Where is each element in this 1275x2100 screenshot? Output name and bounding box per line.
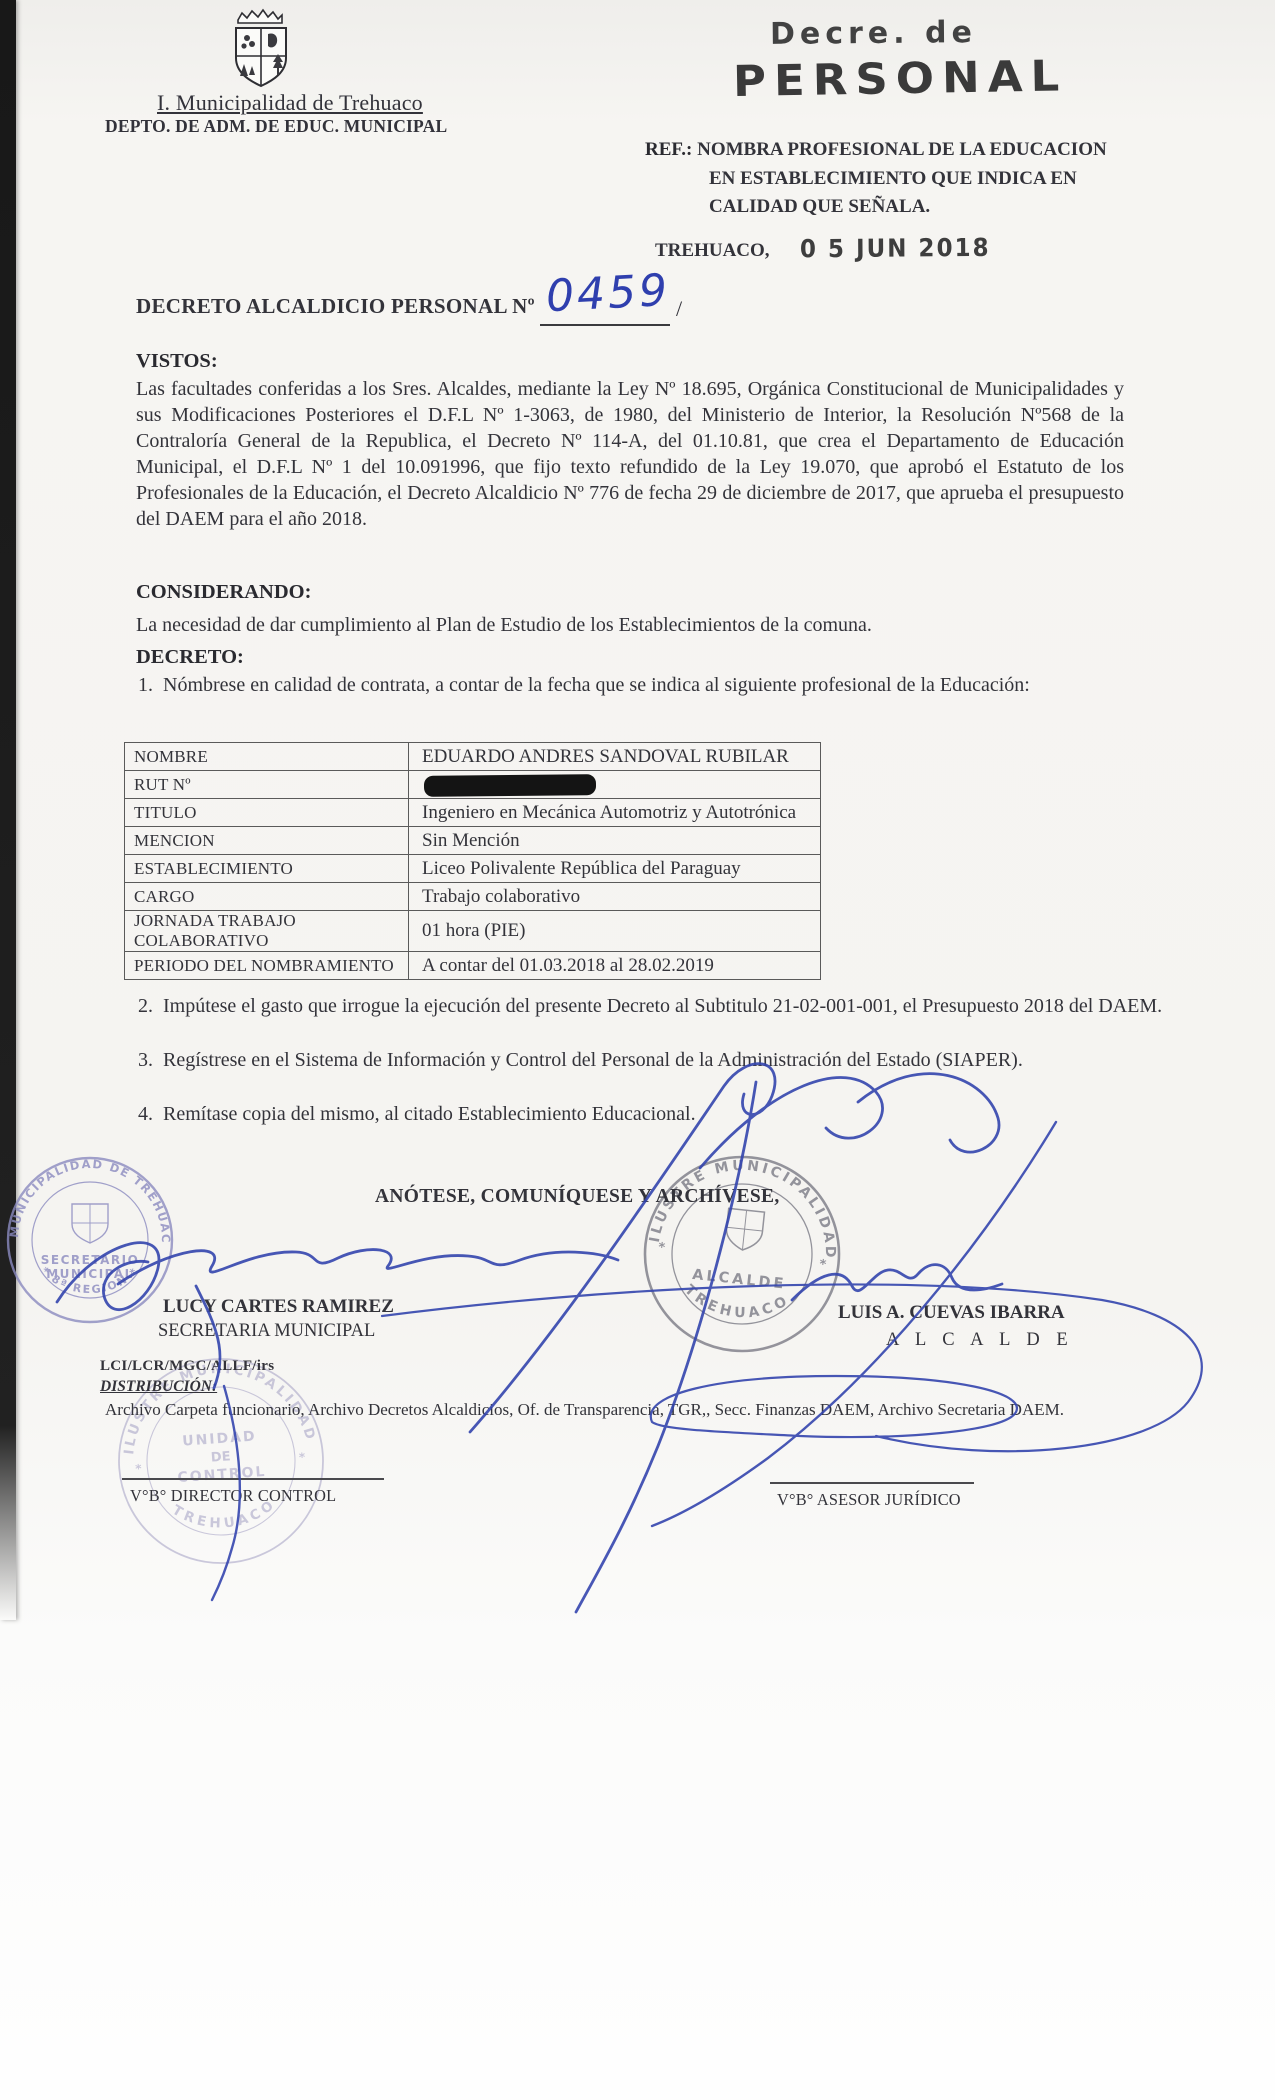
item-1-number: 1. — [138, 674, 153, 696]
mayor-name: LUIS A. CUEVAS IBARRA — [838, 1302, 1065, 1324]
row-label: MENCION — [125, 827, 409, 855]
secretaria-stamp-center1: SECRETARIO — [41, 1253, 140, 1267]
secretaria-stamp-center2: MUNICIPAL — [46, 1267, 134, 1281]
personal-stamp-line1: Decre. de — [770, 15, 977, 52]
decreto-title: DECRETO: — [136, 646, 244, 669]
alcalde-stamp-icon: ILUSTRE MUNICIPALIDAD TREHUACO ALCALDE *… — [626, 1138, 859, 1371]
handwritten-decree-number: 0459 — [545, 265, 671, 322]
table-row: TITULO Ingeniero en Mecánica Automotriz … — [125, 799, 821, 827]
item-4-number: 4. — [138, 1103, 153, 1125]
svg-text:*: * — [298, 1450, 306, 1464]
table-row: MENCION Sin Mención — [125, 827, 821, 855]
considerando-paragraph: La necesidad de dar cumplimiento al Plan… — [136, 612, 1146, 638]
row-value: Trabajo colaborativo — [409, 883, 821, 911]
decreto-item-2: 2. Impútese el gasto que irrogue la ejec… — [138, 993, 1172, 1019]
decreto-item-4: 4. Remítase copia del mismo, al citado E… — [138, 1101, 1172, 1127]
reference-block: REF.: NOMBRA PROFESIONAL DE LA EDUCACION… — [645, 136, 1145, 222]
item-4-text: Remítase copia del mismo, al citado Esta… — [163, 1103, 696, 1125]
row-label: CARGO — [125, 883, 409, 911]
ref-line1: NOMBRA PROFESIONAL DE LA EDUCACION — [697, 139, 1107, 160]
appointment-table: NOMBRE EDUARDO ANDRES SANDOVAL RUBILAR R… — [124, 742, 821, 980]
ref-label: REF.: — [645, 139, 692, 160]
vistos-title: VISTOS: — [136, 350, 218, 373]
row-label: PERIODO DEL NOMBRAMIENTO — [125, 952, 409, 980]
row-label: ESTABLECIMIENTO — [125, 855, 409, 883]
vb-director-label: V°B° DIRECTOR CONTROL — [130, 1486, 336, 1506]
svg-text:*: * — [135, 1462, 143, 1476]
table-row: JORNADA TRABAJO COLABORATIVO 01 hora (PI… — [125, 911, 821, 952]
item-3-text: Regístrese en el Sistema de Información … — [163, 1049, 1023, 1071]
scanner-edge-shadow — [0, 0, 16, 1620]
ref-line3: CALIDAD QUE SEÑALA. — [645, 193, 1145, 222]
vb-director-line — [122, 1478, 384, 1480]
svg-text:*: * — [657, 1240, 666, 1256]
row-value — [409, 771, 821, 799]
table-row: PERIODO DEL NOMBRAMIENTO A contar del 01… — [125, 952, 821, 980]
closing-formula: ANÓTESE, COMUNÍQUESE Y ARCHÍVESE, — [375, 1186, 780, 1208]
table-row: CARGO Trabajo colaborativo — [125, 883, 821, 911]
decreto-item-1: 1. Nómbrese en calidad de contrata, a co… — [138, 672, 1162, 698]
municipality-name: I. Municipalidad de Trehuaco — [157, 90, 423, 116]
alcalde-stamp-center: ALCALDE — [691, 1267, 787, 1293]
item-2-text: Impútese el gasto que irrogue la ejecuci… — [163, 995, 1162, 1017]
secretary-name: LUCY CARTES RAMIREZ — [163, 1296, 394, 1318]
table-row: NOMBRE EDUARDO ANDRES SANDOVAL RUBILAR — [125, 743, 821, 771]
date-stamp: 0 5 JUN 2018 — [800, 234, 991, 264]
row-label: JORNADA TRABAJO COLABORATIVO — [125, 911, 409, 952]
considerando-title: CONSIDERANDO: — [136, 581, 311, 604]
personal-stamp-line2: PERSONAL — [733, 50, 1068, 106]
control-stamp-center3: CONTROL — [177, 1464, 267, 1486]
drafting-initials: LCI/LCR/MGC/ALLF/irs — [100, 1358, 274, 1375]
item-2-number: 2. — [138, 995, 153, 1017]
secretaria-municipal-stamp-icon: I. MUNICIPALIDAD DE TREHUACO * 8ª REGION… — [2, 1152, 178, 1328]
control-stamp-center1: UNIDAD — [182, 1428, 257, 1449]
row-label: RUT Nº — [125, 771, 409, 799]
vb-asesor-label: V°B° ASESOR JURÍDICO — [777, 1490, 961, 1510]
row-value: Ingeniero en Mecánica Automotriz y Autot… — [409, 799, 821, 827]
row-label: TITULO — [125, 799, 409, 827]
table-row: ESTABLECIMIENTO Liceo Polivalente Repúbl… — [125, 855, 821, 883]
row-value: Liceo Polivalente República del Paraguay — [409, 855, 821, 883]
table-row: RUT Nº — [125, 771, 821, 799]
vistos-paragraph: Las facultades conferidas a los Sres. Al… — [136, 376, 1124, 532]
distribution-list: Archivo Carpeta funcionario, Archivo Dec… — [105, 1400, 1165, 1420]
distribution-label: DISTRIBUCIÓN: — [100, 1378, 217, 1396]
municipal-crest-icon — [216, 6, 306, 92]
city-label: TREHUACO, — [655, 240, 770, 262]
redaction-bar — [424, 774, 596, 797]
mayor-title: A L C A L D E — [886, 1330, 1074, 1351]
row-value: 01 hora (PIE) — [409, 911, 821, 952]
decree-number-underline — [540, 324, 670, 326]
row-value: Sin Mención — [409, 827, 821, 855]
department-name: DEPTO. DE ADM. DE EDUC. MUNICIPAL — [105, 116, 447, 137]
ref-line2: EN ESTABLECIMIENTO QUE INDICA EN — [645, 165, 1145, 194]
row-value: EDUARDO ANDRES SANDOVAL RUBILAR — [409, 743, 821, 771]
item-3-number: 3. — [138, 1049, 153, 1071]
item-1-text: Nómbrese en calidad de contrata, a conta… — [163, 674, 1030, 696]
decree-number-label: DECRETO ALCALDICIO PERSONAL Nº — [136, 294, 535, 319]
svg-text:*: * — [819, 1257, 828, 1273]
vb-asesor-line — [770, 1482, 974, 1484]
row-label: NOMBRE — [125, 743, 409, 771]
decreto-item-3: 3. Regístrese en el Sistema de Informaci… — [138, 1047, 1172, 1073]
secretary-title: SECRETARIA MUNICIPAL — [158, 1321, 375, 1342]
decree-number-slash: / — [676, 296, 682, 322]
scanned-decree-document: I. Municipalidad de Trehuaco DEPTO. DE A… — [0, 0, 1275, 2100]
control-stamp-center2: DE — [210, 1449, 231, 1465]
unidad-control-stamp-icon: ILUSTRE MUNICIPALIDAD TREHUACO UNIDAD DE… — [100, 1340, 341, 1581]
row-value: A contar del 01.03.2018 al 28.02.2019 — [409, 952, 821, 980]
